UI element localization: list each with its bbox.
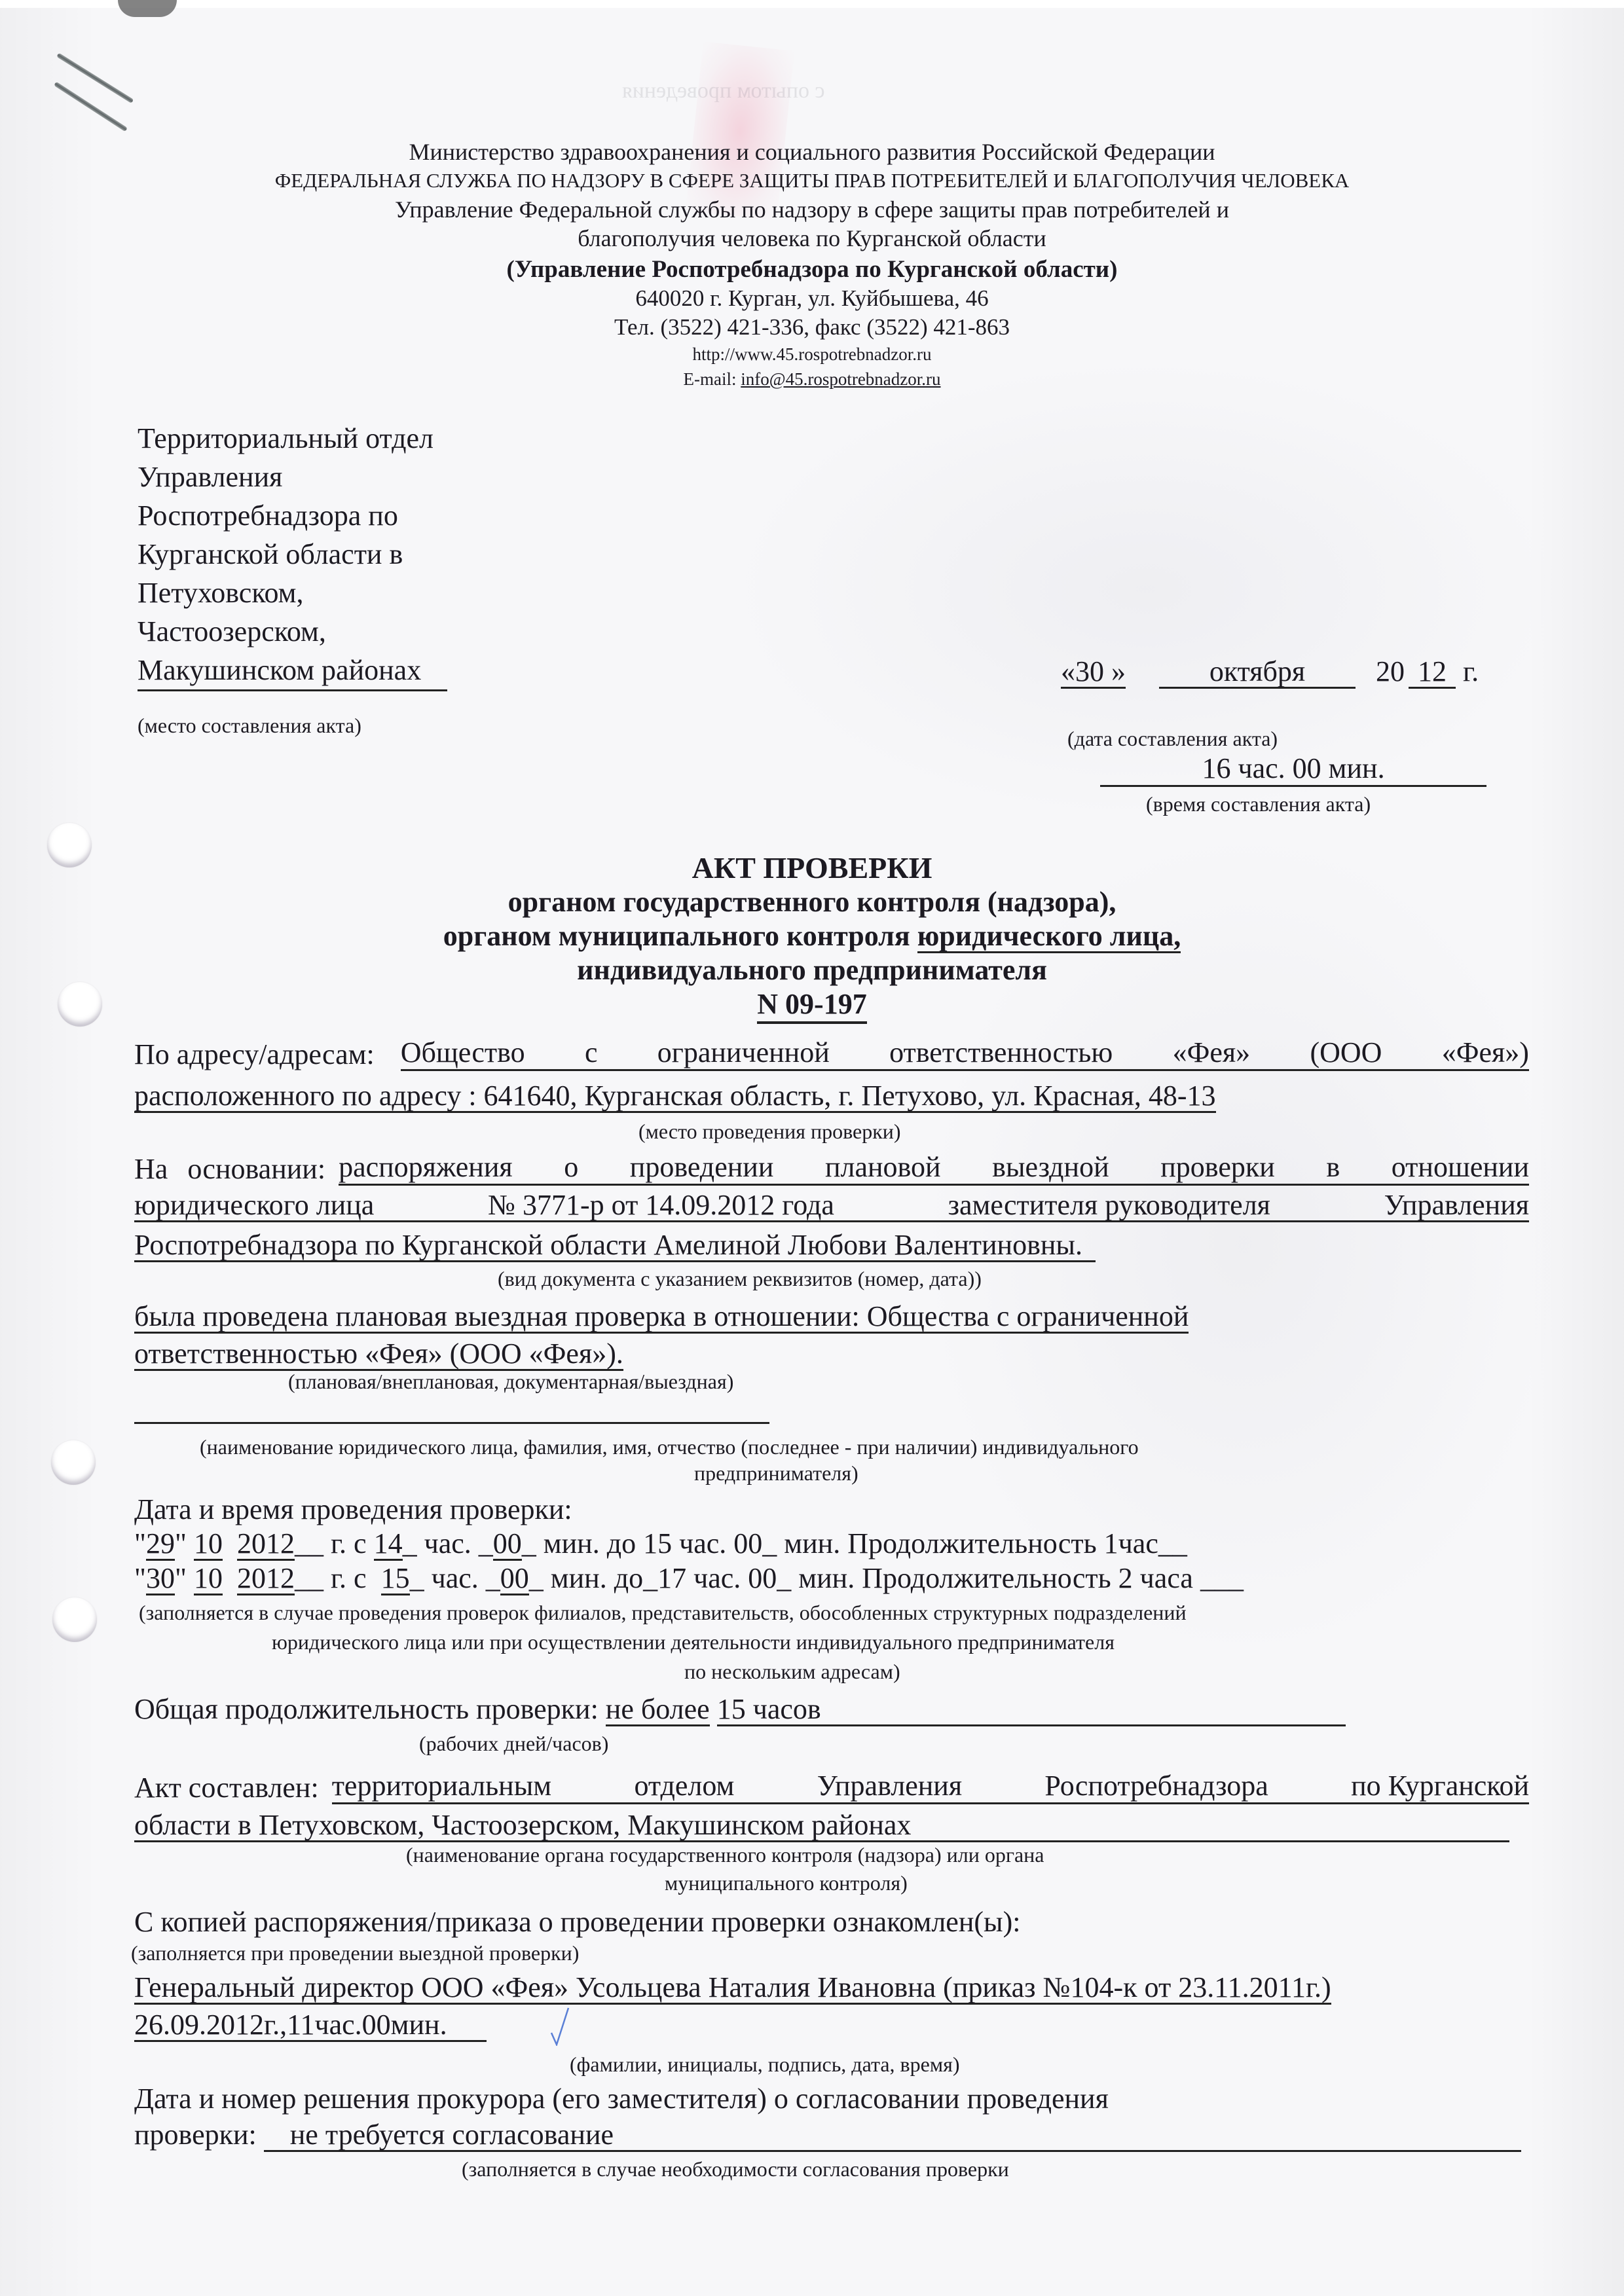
schedule-year: 2012 (237, 1563, 295, 1595)
place-line: Территориальный отдел (138, 419, 447, 458)
basis-word: заместителя руководителя (948, 1190, 1270, 1220)
schedule-duration: мин. Продолжительность 2 часа (798, 1562, 1193, 1594)
basis-word: распоряжения (339, 1152, 513, 1184)
address-word: «Фея») (1442, 1038, 1529, 1069)
entity-blank-line (134, 1422, 769, 1424)
schedule-from-minute: 00 (500, 1563, 529, 1595)
schedule-to: мин. до (551, 1562, 643, 1594)
basis-word: выездной (992, 1152, 1109, 1184)
compiled-by-line2-row: области в Петуховском, Частоозерском, Ма… (134, 1808, 1529, 1842)
act-title: АКТ ПРОВЕРКИ органом государственного ко… (0, 851, 1624, 1024)
scan-edge (0, 0, 1624, 8)
act-day: «30 » (1061, 657, 1126, 689)
basis-word: о (564, 1152, 578, 1184)
address-label: По адресу/адресам: (134, 1038, 375, 1071)
act-title-line3: индивидуального предпринимателя (0, 953, 1624, 987)
address-word: (ООО (1310, 1038, 1382, 1069)
act-title-line1: органом государственного контроля (надзо… (0, 885, 1624, 919)
basis-order-number: № 3771-р от 14.09.2012 года (488, 1190, 834, 1220)
letterhead: Министерство здравоохранения и социально… (0, 137, 1624, 392)
place-line: Роспотребнадзора по (138, 496, 447, 535)
inspection-type-caption: (плановая/внеплановая, документарная/вые… (288, 1370, 733, 1394)
schedule-to-minute: час. 00 (693, 1562, 777, 1594)
act-title-line2-prefix: органом муниципального контроля (443, 920, 917, 952)
basis-line1: На основании: распоряжения о проведении … (134, 1152, 1529, 1186)
date-caption: (дата составления акта) (1067, 727, 1278, 751)
schedule-caption2: юридического лица или при осуществлении … (272, 1630, 1115, 1654)
schedule-to: мин. до 15 час. 00 (544, 1527, 763, 1559)
compiled-by-word: отделом (634, 1771, 734, 1802)
email-label: E-mail: (683, 369, 741, 389)
basis-document: распоряжения о проведении плановой выезд… (339, 1152, 1529, 1186)
schedule-month: 10 (194, 1563, 223, 1595)
compiled-by-word: по Курганской (1351, 1771, 1529, 1802)
acquainted-signer-row: Генеральный директор ООО «Фея» Усольцева… (134, 1971, 1529, 2005)
basis-word: отношении (1392, 1152, 1529, 1184)
department-name-line2: благополучия человека по Курганской обла… (0, 224, 1624, 253)
department-website[interactable]: http://www.45.rospotrebnadzor.ru (0, 342, 1624, 367)
department-phone: Тел. (3522) 421-336, факс (3522) 421-863 (0, 313, 1624, 342)
compiled-by-word: Управления (817, 1771, 962, 1802)
place-line: Курганской области в (138, 535, 447, 574)
schedule-duration: мин. Продолжительность 1час (784, 1527, 1158, 1559)
compiled-by-caption2: муниципального контроля) (665, 1871, 908, 1895)
schedule-from-hour: 15 (381, 1563, 410, 1595)
hole-punch (52, 1597, 97, 1642)
address-word: Общество (401, 1038, 525, 1069)
compiled-by-word: Роспотребнадзора (1044, 1771, 1268, 1802)
act-month: октября (1159, 657, 1356, 689)
total-duration: Общая продолжительность проверки: не бол… (134, 1692, 1529, 1726)
act-number: N 09-197 (757, 987, 866, 1024)
inspection-line2-row: ответственностью «Фея» (ООО «Фея»). (134, 1337, 1529, 1371)
total-duration-label: Общая продолжительность проверки: (134, 1693, 606, 1725)
compiled-by-caption1: (наименование органа государственного ко… (406, 1843, 1044, 1867)
address-word: ответственностью (889, 1038, 1113, 1069)
federal-service-name: ФЕДЕРАЛЬНАЯ СЛУЖБА ПО НАДЗОРУ В СФЕРЕ ЗА… (0, 166, 1624, 195)
compiled-by-organ: территориальным отделом Управления Роспо… (332, 1771, 1529, 1804)
address-line1: По адресу/адресам: Общество с ограниченн… (134, 1038, 1529, 1071)
schedule-from-minute: 00 (493, 1529, 522, 1561)
ministry-name: Министерство здравоохранения и социально… (0, 137, 1624, 166)
schedule-caption1: (заполняется в случае проведения проверо… (139, 1601, 1187, 1625)
acquainted-datetime: 26.09.2012г.,11час.00мин. (134, 2010, 487, 2042)
total-duration-value-b: 15 часов (717, 1694, 1346, 1726)
basis-line2: юридического лица № 3771-р от 14.09.2012… (134, 1190, 1529, 1222)
act-time: 16 час. 00 мин. (1100, 752, 1486, 787)
acquainted-caption2: (фамилии, инициалы, подпись, дата, время… (570, 2052, 959, 2077)
acquainted-line: С копией распоряжения/приказа о проведен… (134, 1905, 1529, 1939)
schedule-row: "29" 10 2012__ г. с 14_ час. _00_ мин. д… (134, 1527, 1529, 1561)
total-duration-value-a: не более (606, 1694, 710, 1726)
hole-punch (51, 1440, 96, 1485)
act-title-line2: органом муниципального контроля юридичес… (0, 919, 1624, 953)
address-word: ограниченной (657, 1038, 830, 1069)
staple-icon (56, 53, 134, 103)
acquainted-caption: (заполняется при проведении выездной про… (131, 1941, 579, 1965)
inspection-line1: была проведена плановая выездная проверк… (134, 1302, 1189, 1334)
address-caption: (место проведения проверки) (638, 1120, 901, 1144)
schedule-day: 29 (146, 1529, 175, 1561)
compiled-by-label: Акт составлен: (134, 1771, 319, 1804)
address-entity: Общество с ограниченной ответственностью… (401, 1038, 1529, 1071)
schedule-to-hour: 17 (657, 1562, 686, 1594)
place-line: Частоозерском, (138, 612, 447, 651)
prosecutor-value: не требуется согласование (264, 2120, 1521, 2152)
department-email-link[interactable]: info@45.rospotrebnadzor.ru (741, 369, 940, 389)
entity-caption2: предпринимателя) (694, 1461, 858, 1485)
department-email-row: E-mail: info@45.rospotrebnadzor.ru (0, 367, 1624, 392)
basis-word: проведении (630, 1152, 774, 1184)
schedule-caption3: по нескольким адресам) (684, 1660, 900, 1684)
basis-word: плановой (825, 1152, 941, 1184)
scan-shadow (118, 0, 177, 17)
prosecutor-line2: проверки: не требуется согласование (134, 2118, 1529, 2152)
prosecutor-caption: (заполняется в случае необходимости согл… (462, 2157, 1009, 2181)
compiled-by-line2: области в Петуховском, Частоозерском, Ма… (134, 1810, 1509, 1842)
basis-line3: Роспотребнадзора по Курганской области А… (134, 1230, 1096, 1262)
schedule-month: 10 (194, 1529, 223, 1561)
place-line: Управления (138, 458, 447, 496)
act-title-main: АКТ ПРОВЕРКИ (0, 851, 1624, 885)
basis-word: проверки (1160, 1152, 1275, 1184)
basis-line3-row: Роспотребнадзора по Курганской области А… (134, 1228, 1529, 1262)
schedule-from-hour: 14 (374, 1529, 403, 1561)
prosecutor-label: проверки: (134, 2119, 257, 2151)
place-line: Макушинском районах (138, 651, 447, 691)
compiled-by-line1: Акт составлен: территориальным отделом У… (134, 1771, 1529, 1804)
signature-check-icon (550, 2007, 570, 2046)
act-year-prefix: 20 (1376, 655, 1405, 687)
basis-label2: основании: (187, 1152, 325, 1186)
basis-word: юридического лица (134, 1190, 374, 1220)
entity-caption1: (наименование юридического лица, фамилия… (200, 1435, 1139, 1459)
prosecutor-line1: Дата и номер решения прокурора (его заме… (134, 2082, 1529, 2115)
acquainted-signer: Генеральный директор ООО «Фея» Усольцева… (134, 1973, 1331, 2005)
act-year-suffix: 12 (1409, 657, 1456, 689)
compiled-by-word: территориальным (332, 1771, 551, 1802)
schedule-label: Дата и время проведения проверки: (134, 1493, 1529, 1526)
place-caption: (место составления акта) (138, 714, 361, 738)
schedule-year: 2012 (237, 1529, 295, 1561)
basis-word: в (1326, 1152, 1340, 1184)
address-line2: расположенного по адресу : 641640, Курга… (134, 1081, 1216, 1113)
department-address: 640020 г. Курган, ул. Куйбышева, 46 (0, 284, 1624, 313)
place-line: Петуховском, (138, 574, 447, 612)
bleed-through-text: с опытом проведения (622, 79, 825, 103)
act-place: Территориальный отдел Управления Роспотр… (138, 419, 447, 691)
address-word: с (585, 1038, 598, 1069)
address-word: «Фея» (1173, 1038, 1251, 1069)
basis-word: Управления (1384, 1190, 1529, 1220)
basis-caption: (вид документа с указанием реквизитов (н… (498, 1267, 982, 1291)
time-caption: (время составления акта) (1146, 792, 1371, 816)
act-year-unit: г. (1463, 655, 1479, 687)
schedule-row: "30" 10 2012__ г. с 15_ час. _00_ мин. д… (134, 1561, 1529, 1595)
act-title-line2-underlined: юридического лица, (917, 921, 1181, 953)
basis-label: На (134, 1152, 168, 1186)
acquainted-datetime-row: 26.09.2012г.,11час.00мин. (134, 2008, 1529, 2042)
inspection-line1-row: была проведена плановая выездная проверк… (134, 1300, 1529, 1334)
department-name-line1: Управление Федеральной службы по надзору… (0, 195, 1624, 224)
act-date: «30 » октября 2012 г. (1061, 655, 1479, 689)
inspection-line2: ответственностью «Фея» (ООО «Фея»). (134, 1339, 623, 1371)
department-short-name: (Управление Роспотребнадзора по Курганск… (0, 255, 1624, 284)
total-duration-caption: (рабочих дней/часов) (419, 1732, 608, 1756)
schedule-day: 30 (146, 1563, 175, 1595)
address-line2-row: расположенного по адресу : 641640, Курга… (134, 1079, 1529, 1113)
